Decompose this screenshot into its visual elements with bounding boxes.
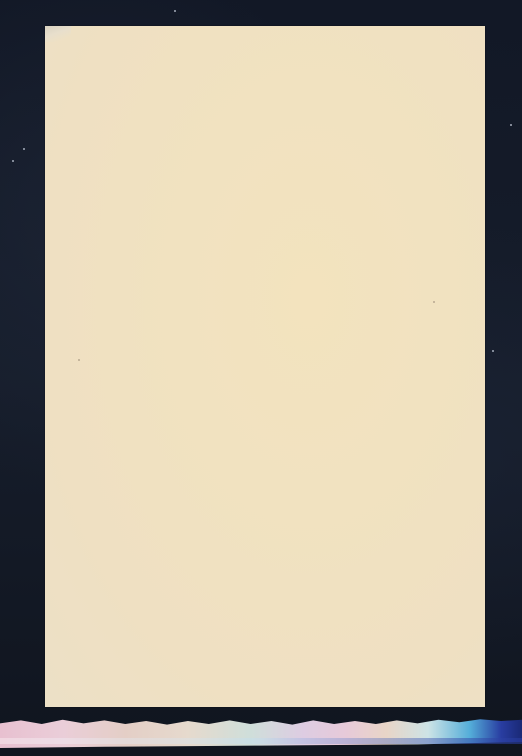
card-corner-wear: [45, 26, 71, 42]
card-speck: [433, 301, 435, 303]
holder-edge-shine: [0, 738, 522, 744]
dust-speck: [492, 350, 494, 352]
dust-speck: [510, 124, 512, 126]
card-speck: [78, 359, 80, 361]
blank-card: [45, 26, 485, 707]
dust-speck: [174, 10, 176, 12]
dust-speck: [12, 160, 14, 162]
dust-speck: [23, 148, 25, 150]
